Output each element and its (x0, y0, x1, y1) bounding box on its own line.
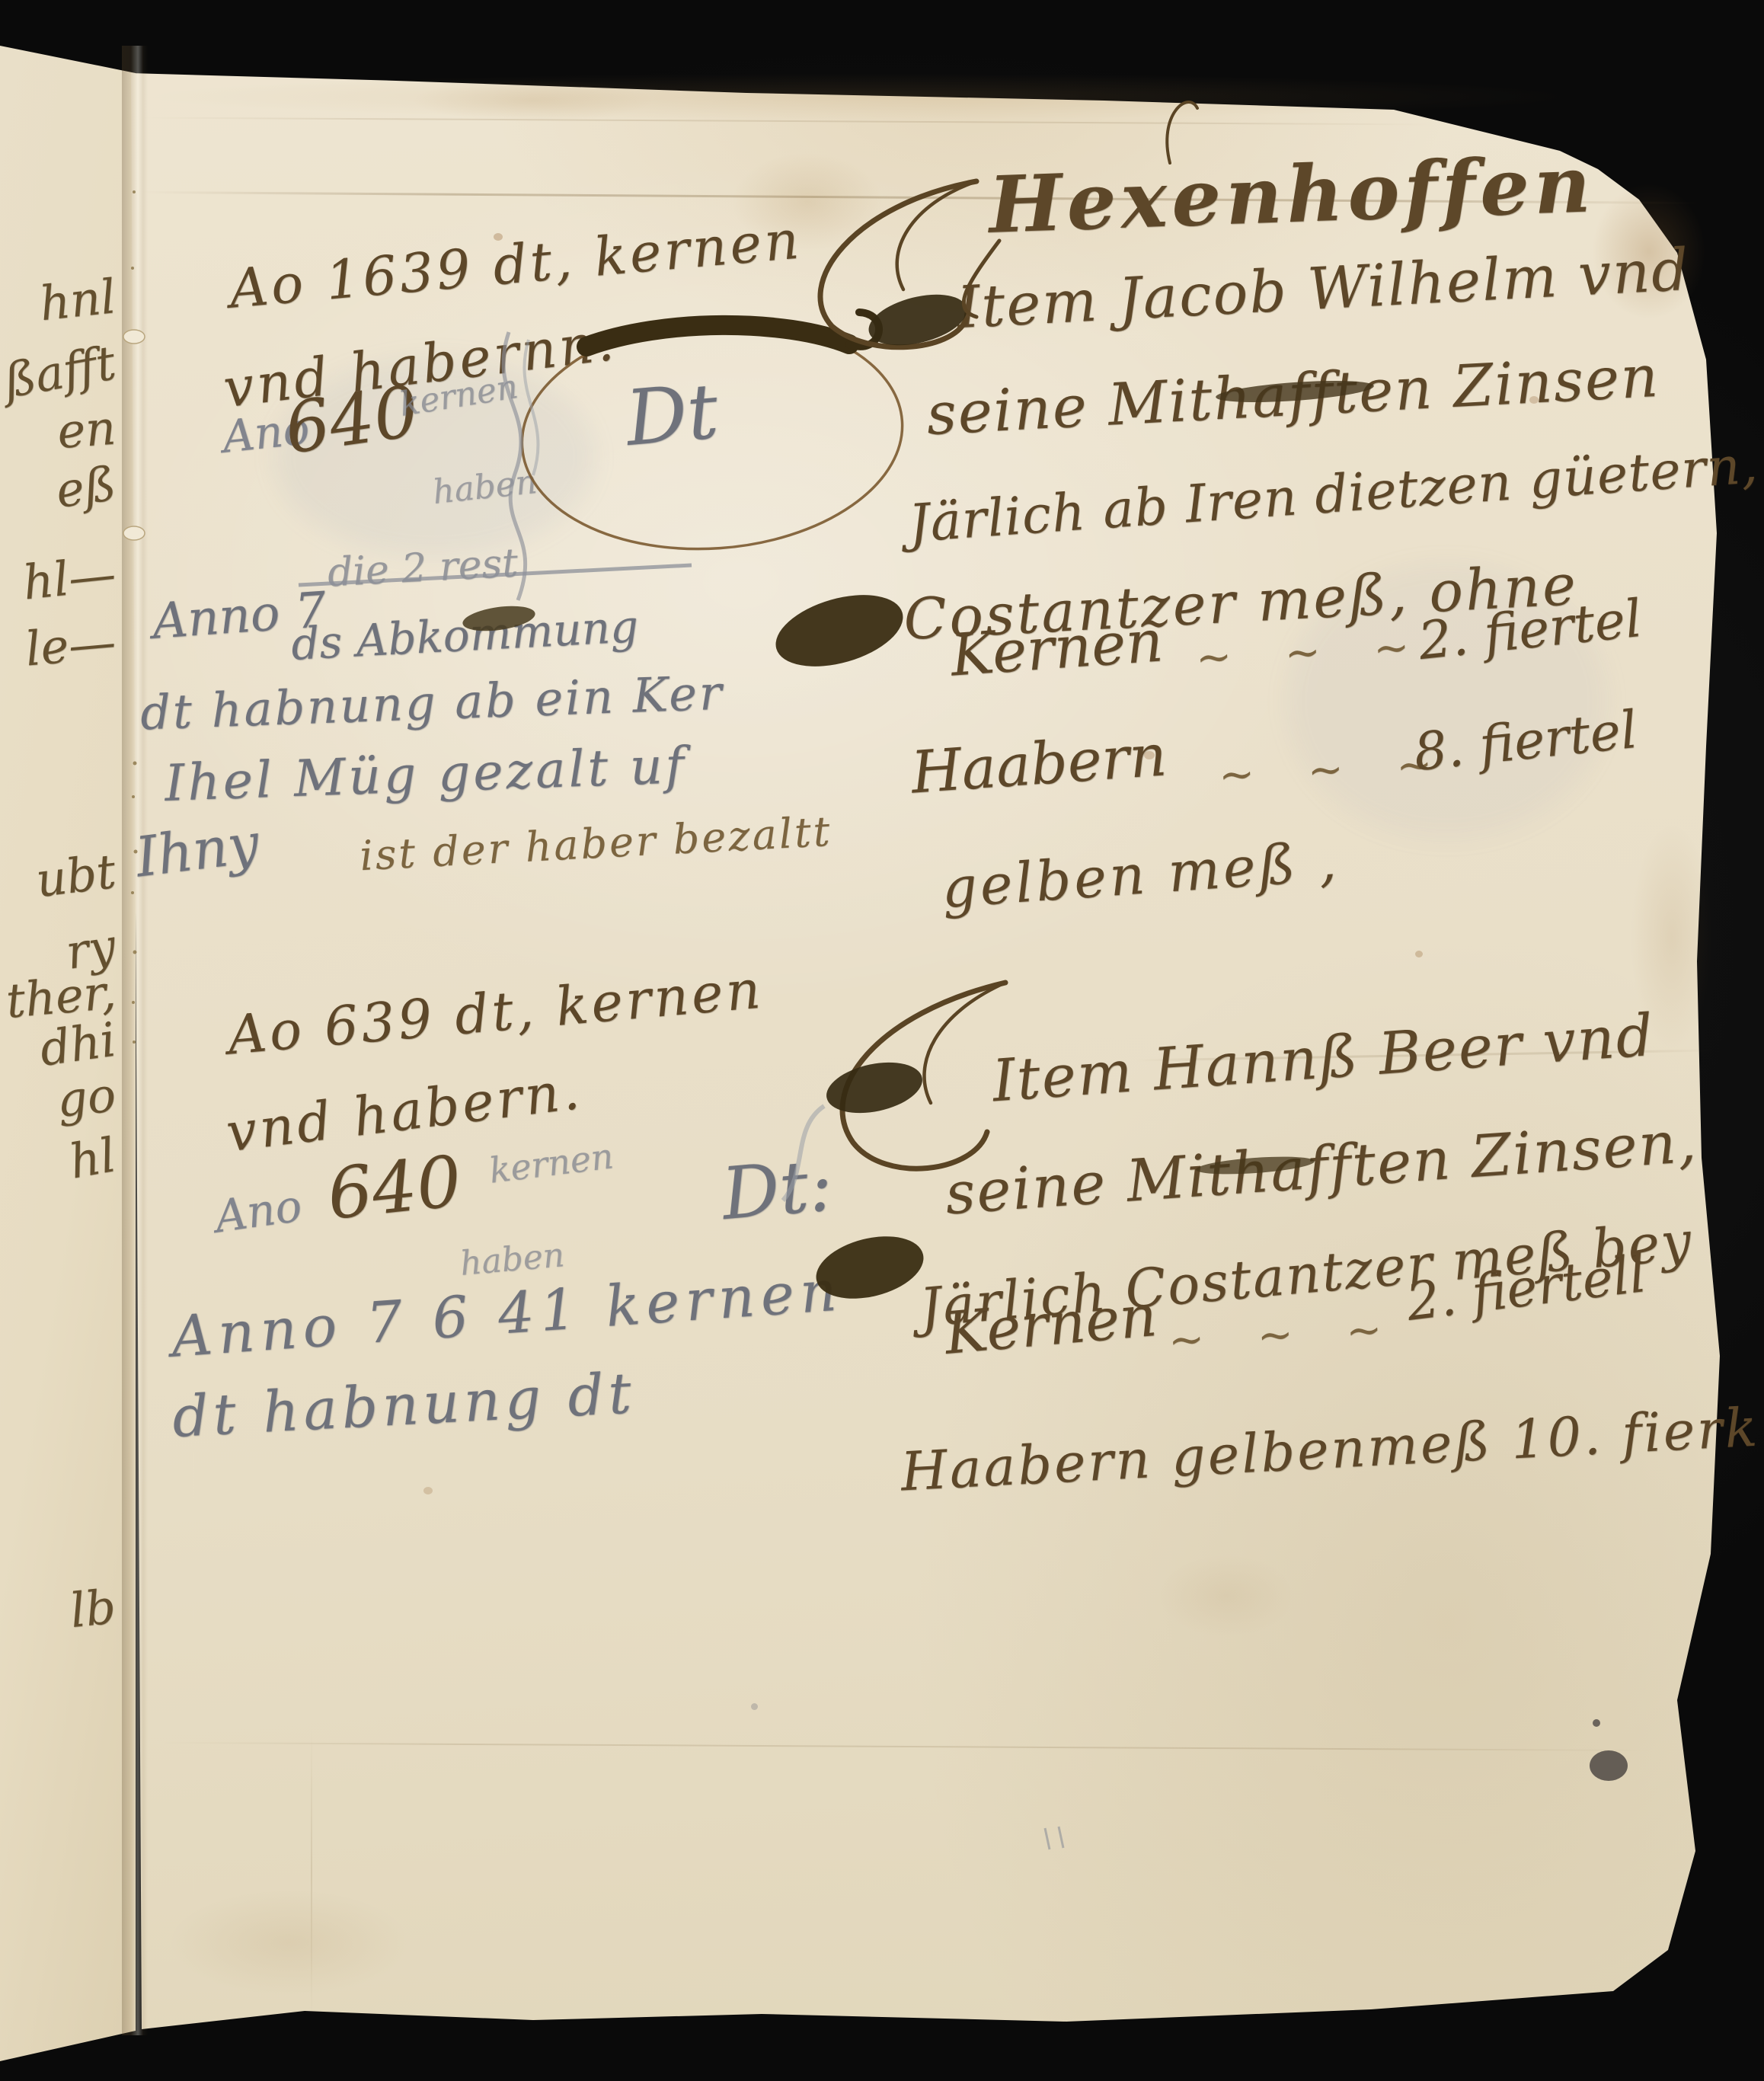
entry2-pencil-dt: Dt: (719, 1144, 836, 1236)
facing-page-text-fragment: en (0, 400, 117, 463)
facing-page-text-fragment: eß (0, 456, 119, 526)
facing-page-text-fragment: le— (0, 614, 118, 679)
facing-page-text-fragment: hnl (0, 268, 118, 335)
facing-page-edge: hnl ßafft en eß hl— le— ubt ry ther, dhi… (0, 46, 136, 2061)
facing-page-text-fragment: go (0, 1066, 118, 1133)
binding-gutter (122, 46, 148, 2035)
entry1-circled-dt: Dt (622, 366, 721, 463)
facing-page-text-fragment: ubt (0, 843, 119, 913)
facing-page-text-fragment: hl— (0, 545, 118, 612)
entry2-margin-year-ink: 640 (324, 1140, 465, 1235)
facing-page-text-fragment: lb (0, 1578, 118, 1645)
facing-page-text-fragment: hl (0, 1127, 120, 1201)
facing-page-text-fragment: ßafft (0, 334, 120, 409)
scanner-background: hnl ßafft en eß hl— le— ubt ry ther, dhi… (0, 0, 1764, 2081)
